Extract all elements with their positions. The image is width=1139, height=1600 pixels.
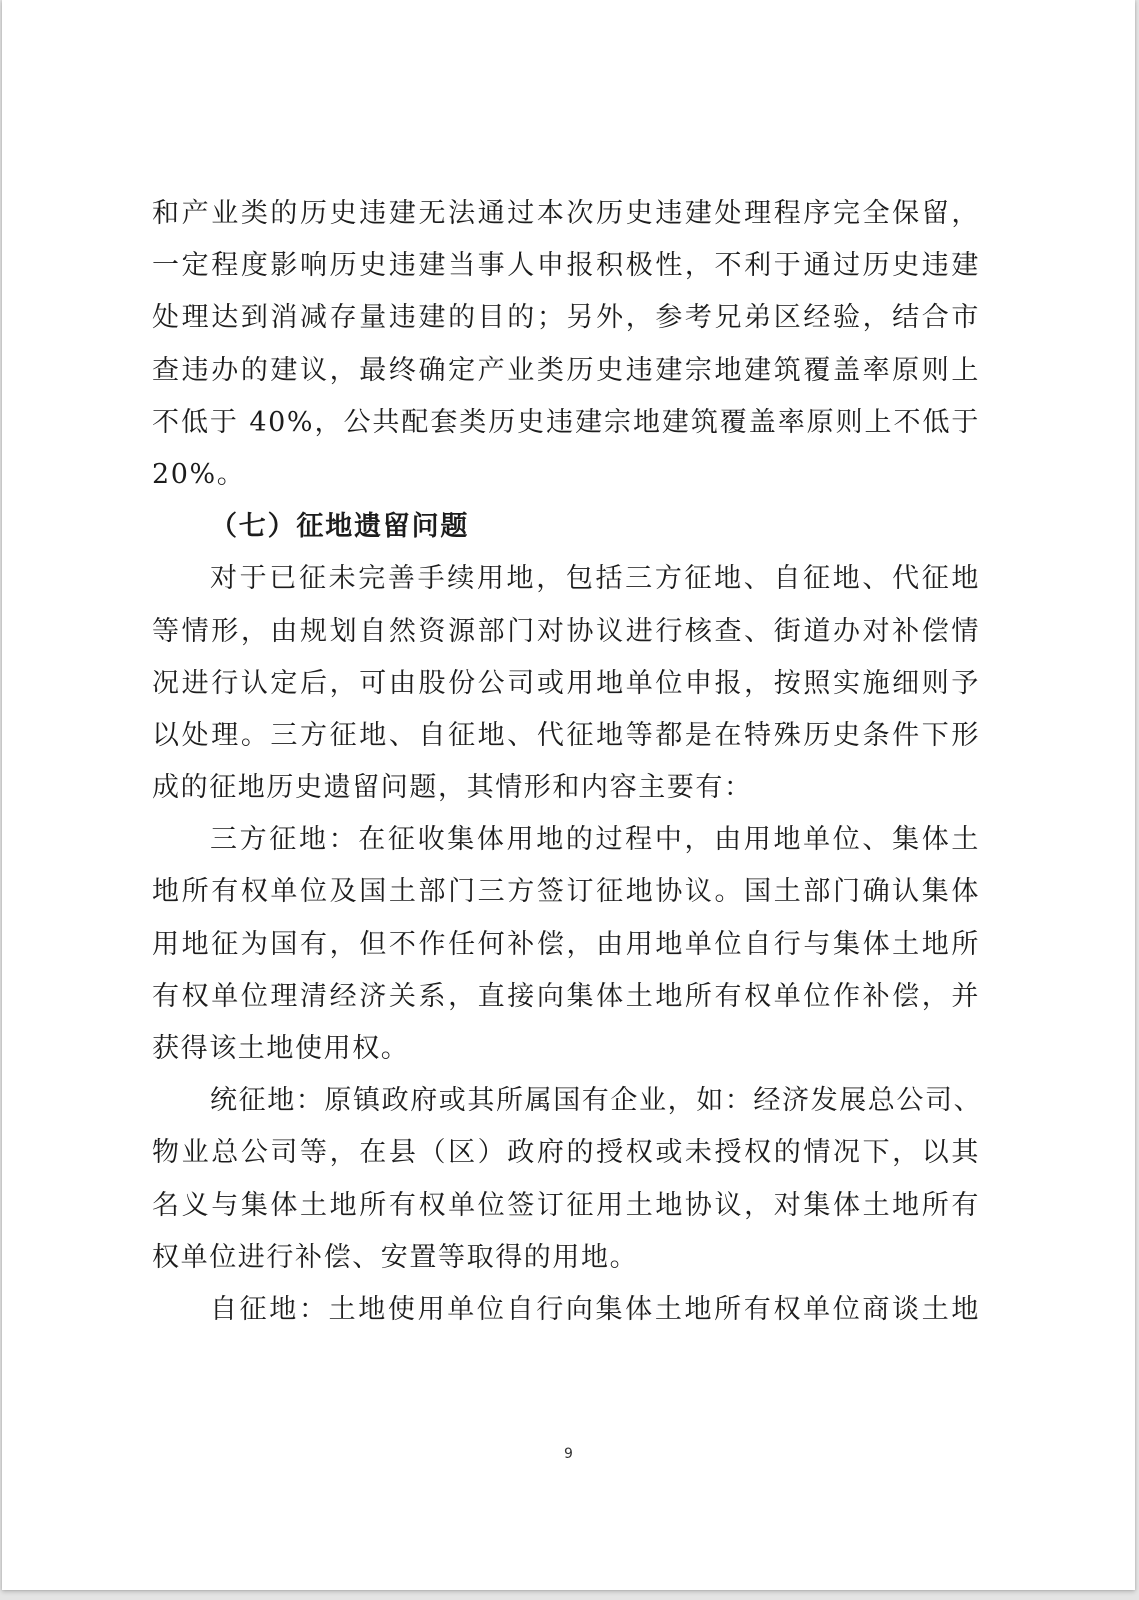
text-line: 等情形，由规划自然资源部门对协议进行核查、街道办对补偿情 <box>152 606 980 658</box>
text-line: 用地征为国有，但不作任何补偿，由用地单位自行与集体土地所 <box>152 919 980 971</box>
text-line: 处理达到消减存量违建的目的；另外，参考兄弟区经验，结合市 <box>152 292 980 344</box>
text-line: 名义与集体土地所有权单位签订征用土地协议，对集体土地所有 <box>152 1180 980 1232</box>
text-line: 况进行认定后，可由股份公司或用地单位申报，按照实施细则予 <box>152 658 980 710</box>
section-heading: （七）征地遗留问题 <box>152 501 980 553</box>
text-line: 获得该土地使用权。 <box>152 1023 980 1075</box>
text-line: 以处理。三方征地、自征地、代征地等都是在特殊历史条件下形 <box>152 710 980 762</box>
document-page: 和产业类的历史违建无法通过本次历史违建处理程序完全保留， 一定程度影响历史违建当… <box>2 0 1135 1590</box>
paragraph-unified-acquisition: 统征地：原镇政府或其所属国有企业，如：经济发展总公司、 物业总公司等，在县（区）… <box>152 1075 980 1284</box>
text-line: 不低于 40%，公共配套类历史违建宗地建筑覆盖率原则上不低于 <box>152 397 980 449</box>
text-line: 三方征地：在征收集体用地的过程中，由用地单位、集体土 <box>152 814 980 866</box>
text-line: 有权单位理清经济关系，直接向集体土地所有权单位作补偿，并 <box>152 971 980 1023</box>
text-line: 对于已征未完善手续用地，包括三方征地、自征地、代征地 <box>152 553 980 605</box>
paragraph-self-acquisition: 自征地：土地使用单位自行向集体土地所有权单位商谈土地 <box>152 1284 980 1336</box>
text-line: 一定程度影响历史违建当事人申报积极性，不利于通过历史违建 <box>152 240 980 292</box>
text-line: 20%。 <box>152 449 980 501</box>
document-body: 和产业类的历史违建无法通过本次历史违建处理程序完全保留， 一定程度影响历史违建当… <box>152 188 980 1336</box>
text-line: 地所有权单位及国土部门三方签订征地协议。国土部门确认集体 <box>152 866 980 918</box>
text-line: 和产业类的历史违建无法通过本次历史违建处理程序完全保留， <box>152 188 980 240</box>
text-line: 权单位进行补偿、安置等取得的用地。 <box>152 1232 980 1284</box>
paragraph-land-acquisition-intro: 对于已征未完善手续用地，包括三方征地、自征地、代征地 等情形，由规划自然资源部门… <box>152 553 980 814</box>
paragraph-tripartite-acquisition: 三方征地：在征收集体用地的过程中，由用地单位、集体土 地所有权单位及国土部门三方… <box>152 814 980 1075</box>
text-line: 成的征地历史遗留问题，其情形和内容主要有： <box>152 762 980 814</box>
text-line: 统征地：原镇政府或其所属国有企业，如：经济发展总公司、 <box>152 1075 980 1127</box>
text-line: 物业总公司等，在县（区）政府的授权或未授权的情况下，以其 <box>152 1127 980 1179</box>
text-line: 查违办的建议，最终确定产业类历史违建宗地建筑覆盖率原则上 <box>152 345 980 397</box>
page-number: 9 <box>2 1446 1135 1462</box>
text-line: 自征地：土地使用单位自行向集体土地所有权单位商谈土地 <box>152 1284 980 1336</box>
paragraph-building-coverage: 和产业类的历史违建无法通过本次历史违建处理程序完全保留， 一定程度影响历史违建当… <box>152 188 980 501</box>
